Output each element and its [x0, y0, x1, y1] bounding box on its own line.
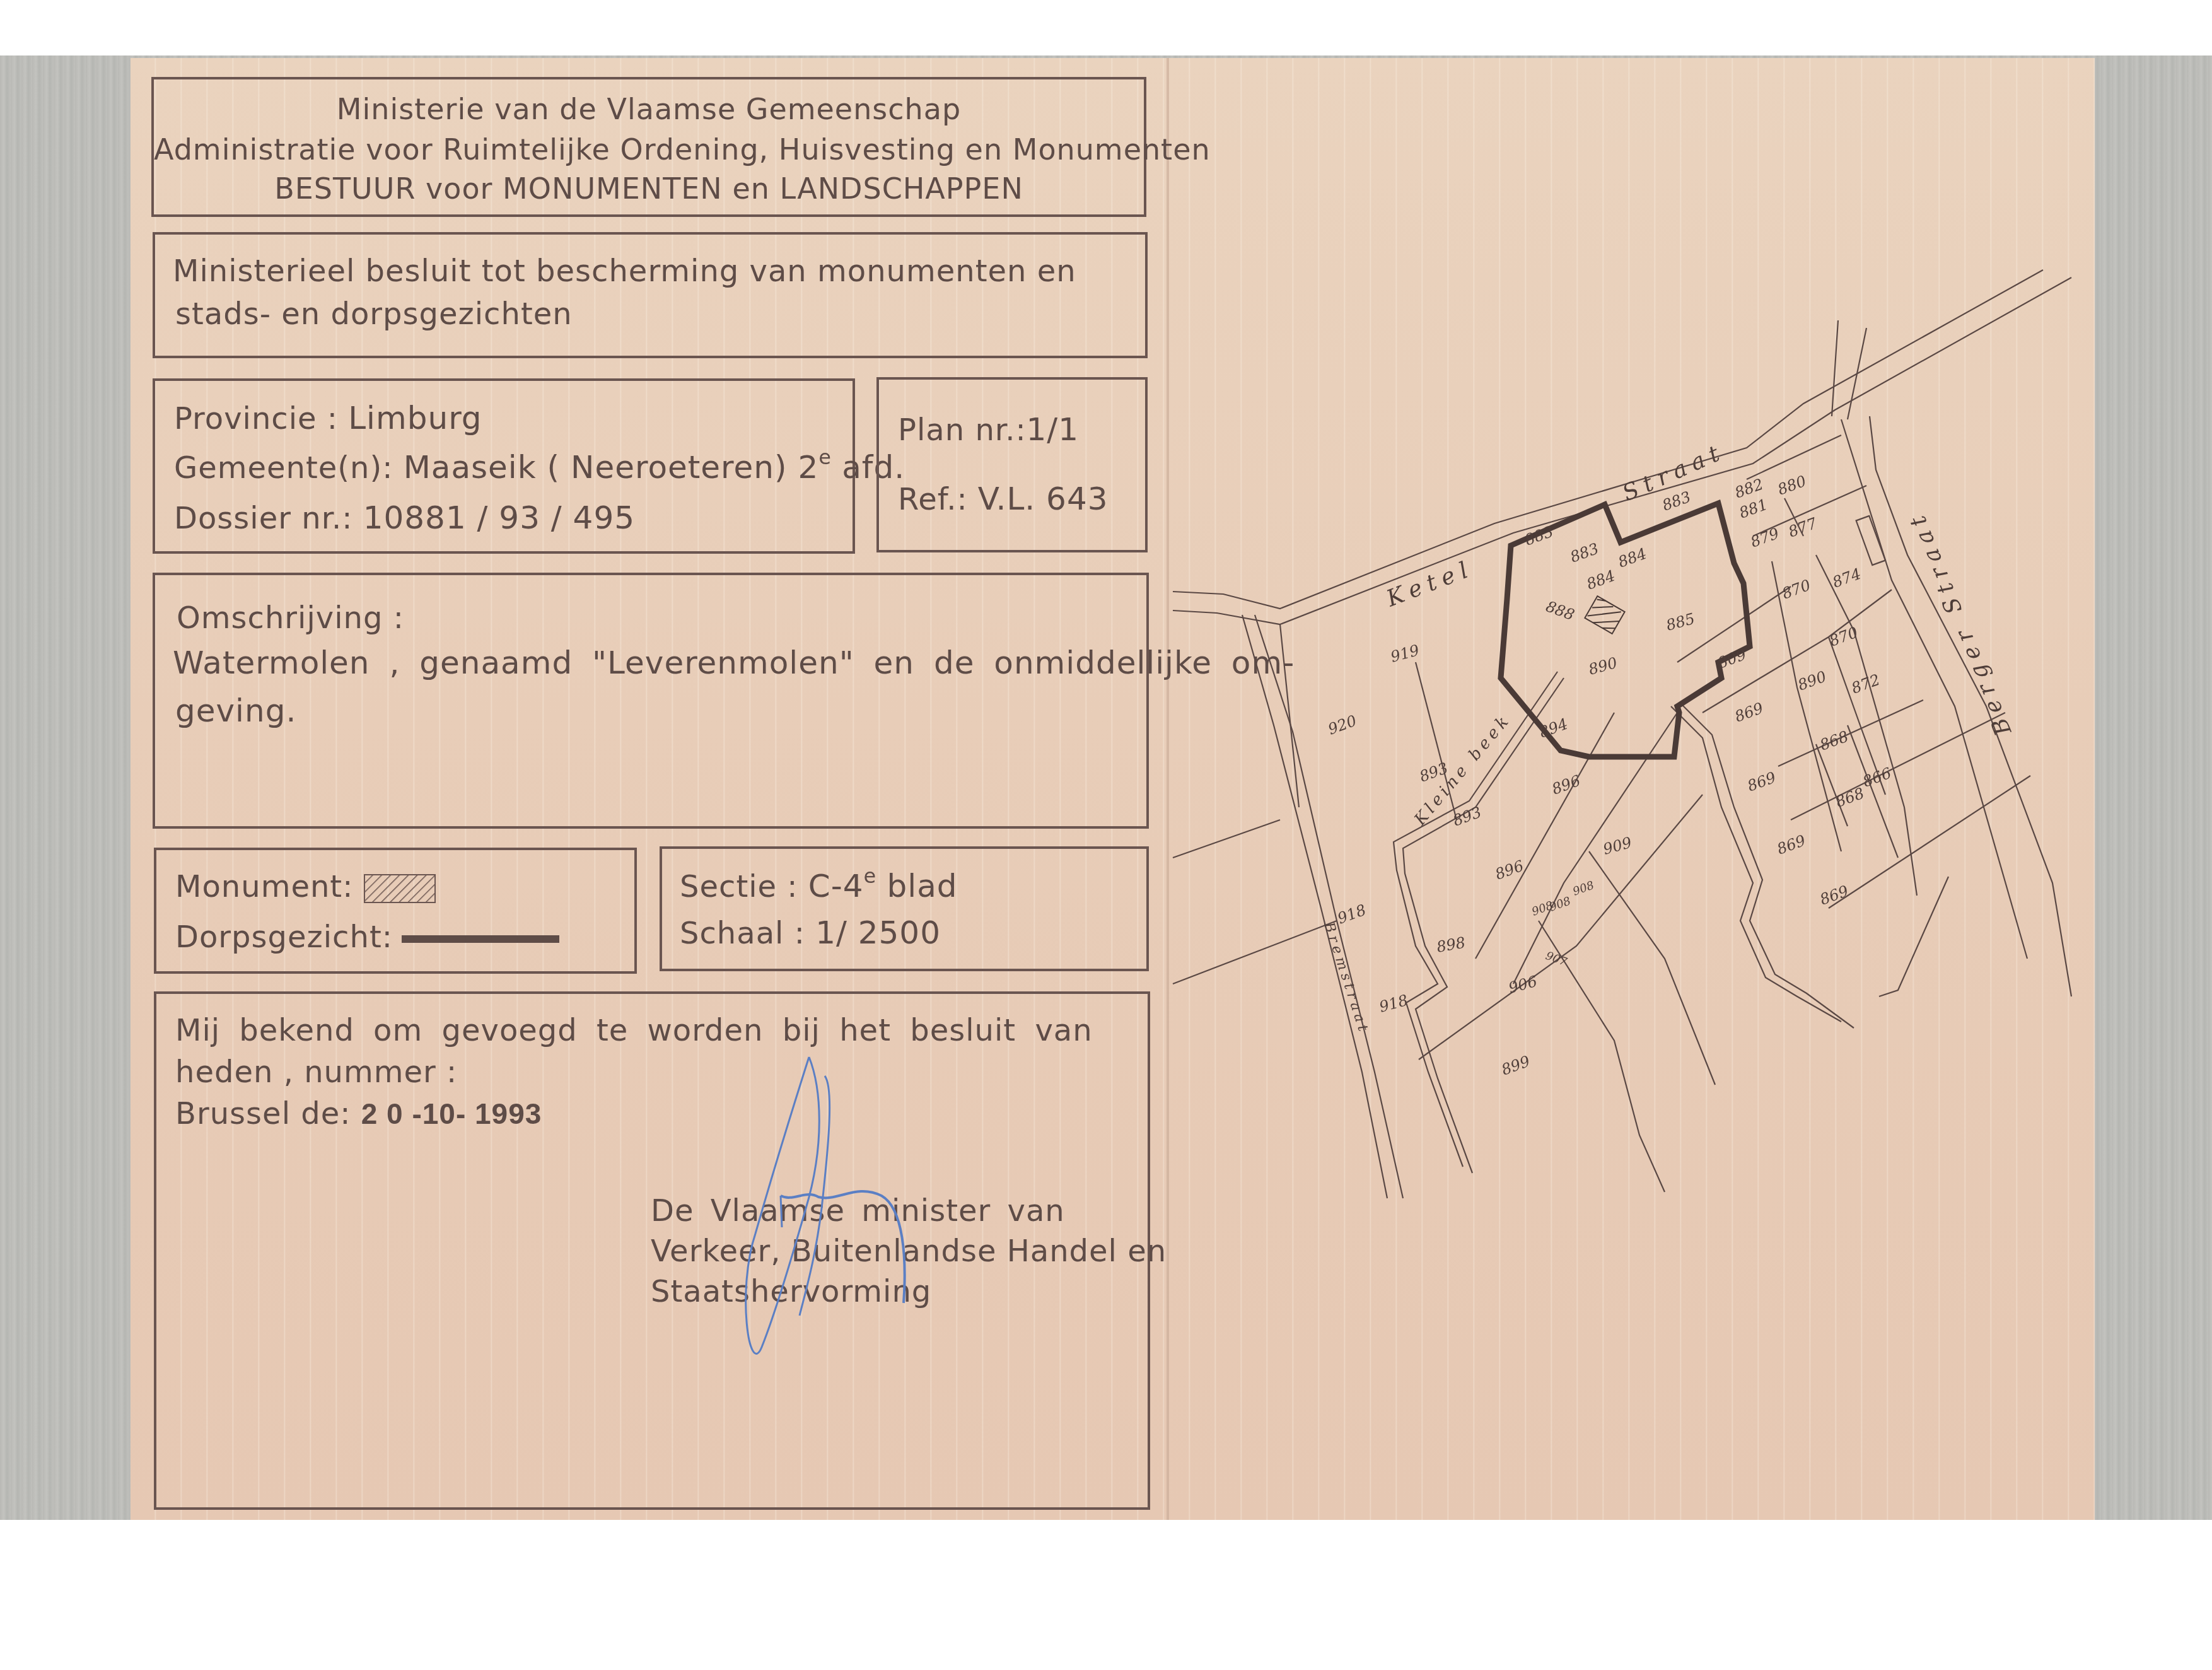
parcel-874c: 874: [1830, 565, 1863, 592]
parcel-918a: 918: [1377, 991, 1409, 1016]
parcel-869b: 869: [1774, 832, 1808, 858]
parcel-809e: 809: [1715, 646, 1749, 672]
parcel-888: 888: [1544, 597, 1577, 624]
parcel-870c: 870: [1779, 576, 1813, 603]
parcel-908b: 908: [1548, 894, 1573, 914]
parcel-879c: 879: [1748, 525, 1781, 551]
parcel-896b: 896: [1549, 772, 1583, 798]
parcel-880: 880: [1775, 472, 1808, 499]
parcel-918b: 918: [1335, 901, 1368, 928]
parcel-894a: 894: [1537, 715, 1570, 742]
parcel-869d: 869: [1732, 699, 1766, 726]
parcel-870e: 870: [1827, 624, 1860, 650]
parcel-898: 898: [1435, 933, 1467, 956]
parcel-868b: 868: [1817, 728, 1851, 754]
parcel-906: 906: [1506, 972, 1539, 997]
parcel-896a: 896: [1493, 857, 1526, 884]
parcel-885: 885: [1664, 610, 1696, 634]
parcel-893b: 893: [1450, 803, 1484, 830]
street-label-ketel: Ketel: [1383, 555, 1478, 612]
parcel-884a: 884: [1584, 567, 1617, 593]
parcel-866c: 866: [1860, 764, 1894, 791]
parcel-908c: 908: [1571, 879, 1596, 898]
parcel-883b-2: 883: [1660, 488, 1693, 515]
street-label-bremstraat: Bremstraat: [1320, 920, 1372, 1037]
parcel-909: 909: [1601, 834, 1633, 858]
parcel-877c: 877: [1786, 514, 1819, 540]
parcel-872e: 872: [1849, 671, 1882, 698]
parcel-920a: 920: [1325, 712, 1359, 739]
parcel-869a: 869: [1817, 882, 1851, 909]
parcel-890c: 890: [1586, 654, 1619, 679]
street-label-berger-straat: Berger Straat: [1902, 506, 2017, 740]
parcel-869c: 869: [1745, 769, 1778, 795]
parcel-890c-2: 890: [1795, 668, 1829, 694]
parcel-883b-1: 883: [1568, 540, 1601, 566]
parcel-883a: 883: [1522, 523, 1556, 549]
parcel-884b: 884: [1615, 545, 1649, 571]
parcel-899a: 899: [1499, 1053, 1532, 1079]
cadastral-map: Ketel Straat Kleine beek Berger Straat B…: [0, 0, 2212, 1670]
parcel-868a: 868: [1833, 785, 1866, 811]
